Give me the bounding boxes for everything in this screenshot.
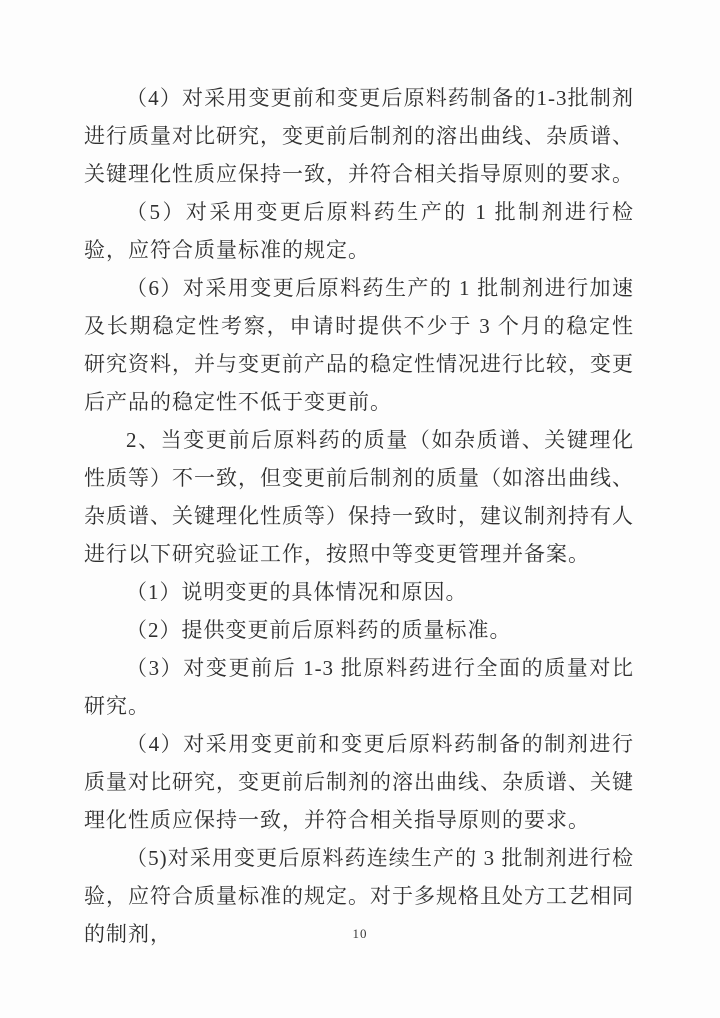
paragraph: （6）对采用变更后原料药生产的 1 批制剂进行加速及长期稳定性考察，申请时提供不… bbox=[84, 269, 634, 421]
document-page: （4）对采用变更前和变更后原料药制备的1-3批制剂进行质量对比研究，变更前后制剂… bbox=[0, 0, 720, 1018]
page-number: 10 bbox=[0, 926, 720, 942]
document-body: （4）对采用变更前和变更后原料药制备的1-3批制剂进行质量对比研究，变更前后制剂… bbox=[84, 79, 634, 953]
paragraph: （2）提供变更前后原料药的质量标准。 bbox=[84, 611, 634, 649]
paragraph: （4）对采用变更前和变更后原料药制备的制剂进行质量对比研究，变更前后制剂的溶出曲… bbox=[84, 725, 634, 839]
paragraph: （5）对采用变更后原料药生产的 1 批制剂进行检验，应符合质量标准的规定。 bbox=[84, 193, 634, 269]
paragraph: （1）说明变更的具体情况和原因。 bbox=[84, 573, 634, 611]
paragraph: （3）对变更前后 1-3 批原料药进行全面的质量对比研究。 bbox=[84, 649, 634, 725]
paragraph: 2、当变更前后原料药的质量（如杂质谱、关键理化性质等）不一致，但变更前后制剂的质… bbox=[84, 421, 634, 573]
paragraph: （4）对采用变更前和变更后原料药制备的1-3批制剂进行质量对比研究，变更前后制剂… bbox=[84, 79, 634, 193]
